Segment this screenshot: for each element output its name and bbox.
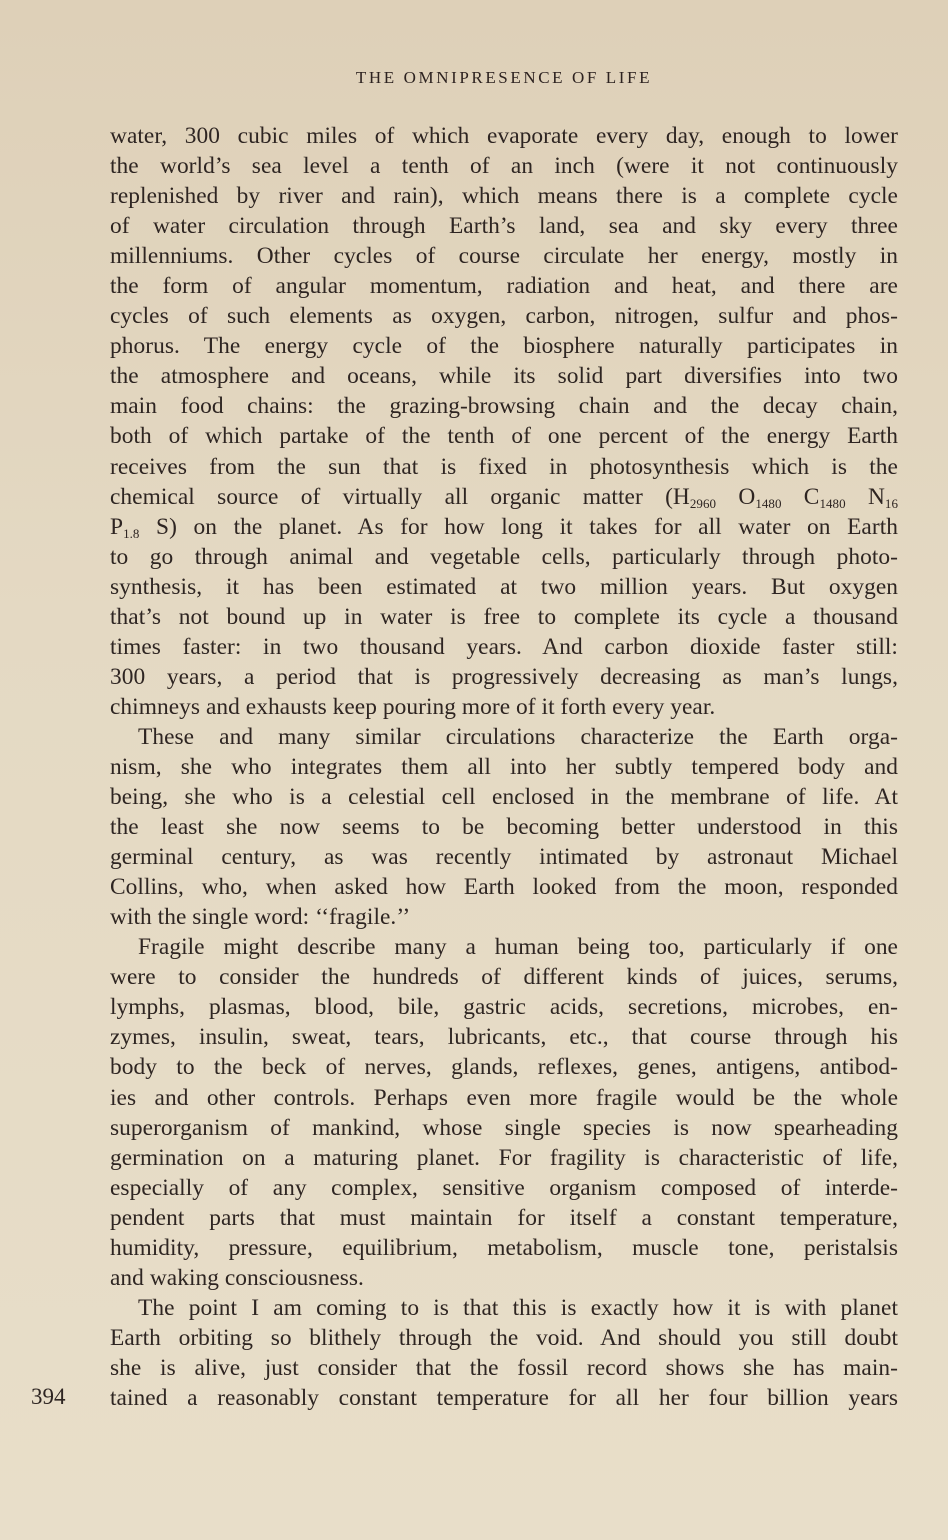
text-line: that’s not bound up in water is free to … (110, 602, 898, 632)
text-line: chimneys and exhausts keep pouring more … (110, 692, 898, 722)
page-number: 394 (31, 1384, 66, 1410)
text-line: These and many similar circulations char… (110, 722, 898, 752)
text-line: 300 years, a period that is progressivel… (110, 662, 898, 692)
text-line: body to the beck of nerves, glands, refl… (110, 1052, 898, 1082)
text-line: synthesis, it has been estimated at two … (110, 572, 898, 602)
text-line: with the single word: ‘‘fragile.’’ (110, 902, 898, 932)
text-line: chemical source of virtually all organic… (110, 482, 898, 512)
text-line: Fragile might describe many a human bein… (110, 932, 898, 962)
text-line: millenniums. Other cycles of course circ… (110, 241, 898, 271)
text-line: lymphs, plasmas, blood, bile, gastric ac… (110, 992, 898, 1022)
text-line: nism, she who integrates them all into h… (110, 752, 898, 782)
text-line: the atmosphere and oceans, while its sol… (110, 361, 898, 391)
subscript: 1480 (819, 496, 845, 511)
text-line: pendent parts that must maintain for its… (110, 1203, 898, 1233)
text-line: especially of any complex, sensitive org… (110, 1173, 898, 1203)
text-line: The point I am coming to is that this is… (110, 1293, 898, 1323)
text-line: both of which partake of the tenth of on… (110, 421, 898, 451)
text-line: ies and other controls. Perhaps even mor… (110, 1083, 898, 1113)
text-line: times faster: in two thousand years. And… (110, 632, 898, 662)
text-line: receives from the sun that is fixed in p… (110, 452, 898, 482)
text-line: germinal century, as was recently intima… (110, 842, 898, 872)
text-line: Collins, who, when asked how Earth looke… (110, 872, 898, 902)
text-line: zymes, insulin, sweat, tears, lubricants… (110, 1022, 898, 1052)
subscript: 2960 (690, 496, 716, 511)
text-line: cycles of such elements as oxygen, carbo… (110, 301, 898, 331)
text-line: to go through animal and vegetable cells… (110, 542, 898, 572)
text-line: tained a reasonably constant temperature… (110, 1383, 898, 1413)
body-text: water, 300 cubic miles of which evaporat… (110, 121, 898, 1413)
text-line: the form of angular momentum, radiation … (110, 271, 898, 301)
text-line: the world’s sea level a tenth of an inch… (110, 151, 898, 181)
text-line: humidity, pressure, equilibrium, metabol… (110, 1233, 898, 1263)
text-line: P1.8 S) on the planet. As for how long i… (110, 512, 898, 542)
subscript: 1.8 (123, 526, 139, 541)
text-line: superorganism of mankind, whose single s… (110, 1113, 898, 1143)
text-line: germination on a maturing planet. For fr… (110, 1143, 898, 1173)
text-line: the least she now seems to be becoming b… (110, 812, 898, 842)
text-line: replenished by river and rain), which me… (110, 181, 898, 211)
text-line: being, she who is a celestial cell enclo… (110, 782, 898, 812)
text-line: were to consider the hundreds of differe… (110, 962, 898, 992)
subscript: 1480 (755, 496, 781, 511)
running-head: THE OMNIPRESENCE OF LIFE (0, 68, 948, 88)
text-line: Earth orbiting so blithely through the v… (110, 1323, 898, 1353)
text-line: of water circulation through Earth’s lan… (110, 211, 898, 241)
text-line: she is alive, just consider that the fos… (110, 1353, 898, 1383)
subscript: 16 (885, 496, 898, 511)
text-line: water, 300 cubic miles of which evaporat… (110, 121, 898, 151)
text-line: phorus. The energy cycle of the biospher… (110, 331, 898, 361)
text-line: and waking consciousness. (110, 1263, 898, 1293)
text-line: main food chains: the grazing-browsing c… (110, 391, 898, 421)
